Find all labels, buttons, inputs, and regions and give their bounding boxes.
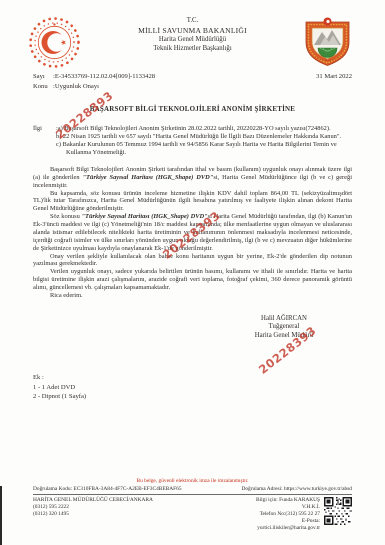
org-phone-2: (0312) 320 1495 [33,511,153,518]
ilgi-item-c: c) Bakanlar Kurulunun 05 Temmuz 1994 tar… [56,141,352,157]
konu-row: Konu :Uygunluk Onayı [33,82,155,92]
signer-rank: Tuğgeneral [209,323,359,331]
p1-product-name: "Türkiye Sayısal Haritası (HGK_Shape) DV… [82,174,213,181]
scan-artifact-line [0,486,2,545]
sayi-label: Sayı [33,72,53,82]
konu-value: :Uygunluk Onayı [53,82,99,92]
p3-product-name: "Türkiye Sayısal Haritası (HGK_Shape) DV… [82,213,208,220]
konu-label: Konu [33,82,53,92]
p3-text: Söz konusu [50,213,82,220]
sayi-row: Sayı :E-34533769-112.02.04[009]-1133428 [33,72,155,82]
qr-code [324,497,352,525]
info-email: yurtici.iliskiler@harita.gov.tr [256,525,320,532]
sayi-value: :E-34533769-112.02.04[009]-1133428 [53,72,155,82]
paragraph-1: Başarsoft Bilgi Teknolojileri Anonim Şir… [33,166,352,190]
contact-right: Bilgi için: Funda KARAKUŞ V.H.K.İ. Telef… [256,497,320,532]
signature-block: Halil AĞIRCAN Tuğgeneral Harita Genel Mü… [209,315,359,340]
paragraph-5: Verilen uygunluk onayı, sadece yukarıda … [33,268,352,292]
ilgi-item-a: :a) Başarsoft Bilgi Teknolojileri Anonim… [56,125,352,133]
ilgi-block: İlgi :a) Başarsoft Bilgi Teknolojileri A… [33,125,352,157]
ilgi-item-b: b) 22 Nisan 1925 tarihli ve 657 sayılı "… [56,133,352,141]
verification-row: Doğrulama Kodu: EC310FBA-3A84-4F7C-A2EB-… [33,486,352,495]
attachments-block: Ek : 1 - 1 Adet DVD 2 - Dipnot (1 Sayfa) [33,373,385,402]
document-meta: Sayı :E-34533769-112.02.04[009]-1133428 … [33,72,352,92]
contact-left: HARİTA GENEL MÜDÜRLÜĞÜ CEBECİ/ANKARA (03… [33,497,153,532]
org-phone-1: (0312) 595 2222 [33,504,153,511]
closing-line: Rica ederim. [33,292,352,300]
ek-label: Ek : [33,373,385,383]
document-date: 31 Mart 2022 [316,72,352,92]
recipient-line: BAŞARSOFT BİLGİ TEKNOLOJİLERİ ANONİM ŞİR… [0,105,385,113]
hgm-emblem-icon [300,15,355,68]
info-email-label: E-Posta: [256,518,320,525]
paragraph-4: Onay verilen şekliyle kullanılacak olan … [33,253,352,269]
ek-item-1: 1 - 1 Adet DVD [33,383,385,393]
msb-emblem-icon [27,15,82,70]
signer-name: Halil AĞIRCAN [209,315,359,323]
esign-notice: Bu belge, güvenli elektronik imza ile im… [33,478,352,485]
verification-code: Doğrulama Kodu: EC310FBA-3A84-4F7C-A2EB-… [33,486,182,493]
info-title: V.H.K.İ. [256,504,320,511]
org-address: HARİTA GENEL MÜDÜRLÜĞÜ CEBECİ/ANKARA [33,497,153,504]
paragraph-2: Bu kapsamda, söz konusu ürünün inceleme … [33,190,352,214]
footer: Bu belge, güvenli elektronik imza ile im… [33,478,352,532]
info-phone: Telefon No:(312) 595 22 27 [256,511,320,518]
info-contact: Bilgi için: Funda KARAKUŞ [256,497,320,504]
ek-item-2: 2 - Dipnot (1 Sayfa) [33,392,385,402]
verification-address: Doğrulama Adresi: https://www.turkiye.go… [241,486,352,493]
signer-title: Harita Genel Müdürü [209,332,359,340]
document-page: T.C. MİLLİ SAVUNMA BAKANLIĞI Harita Gene… [0,0,385,545]
